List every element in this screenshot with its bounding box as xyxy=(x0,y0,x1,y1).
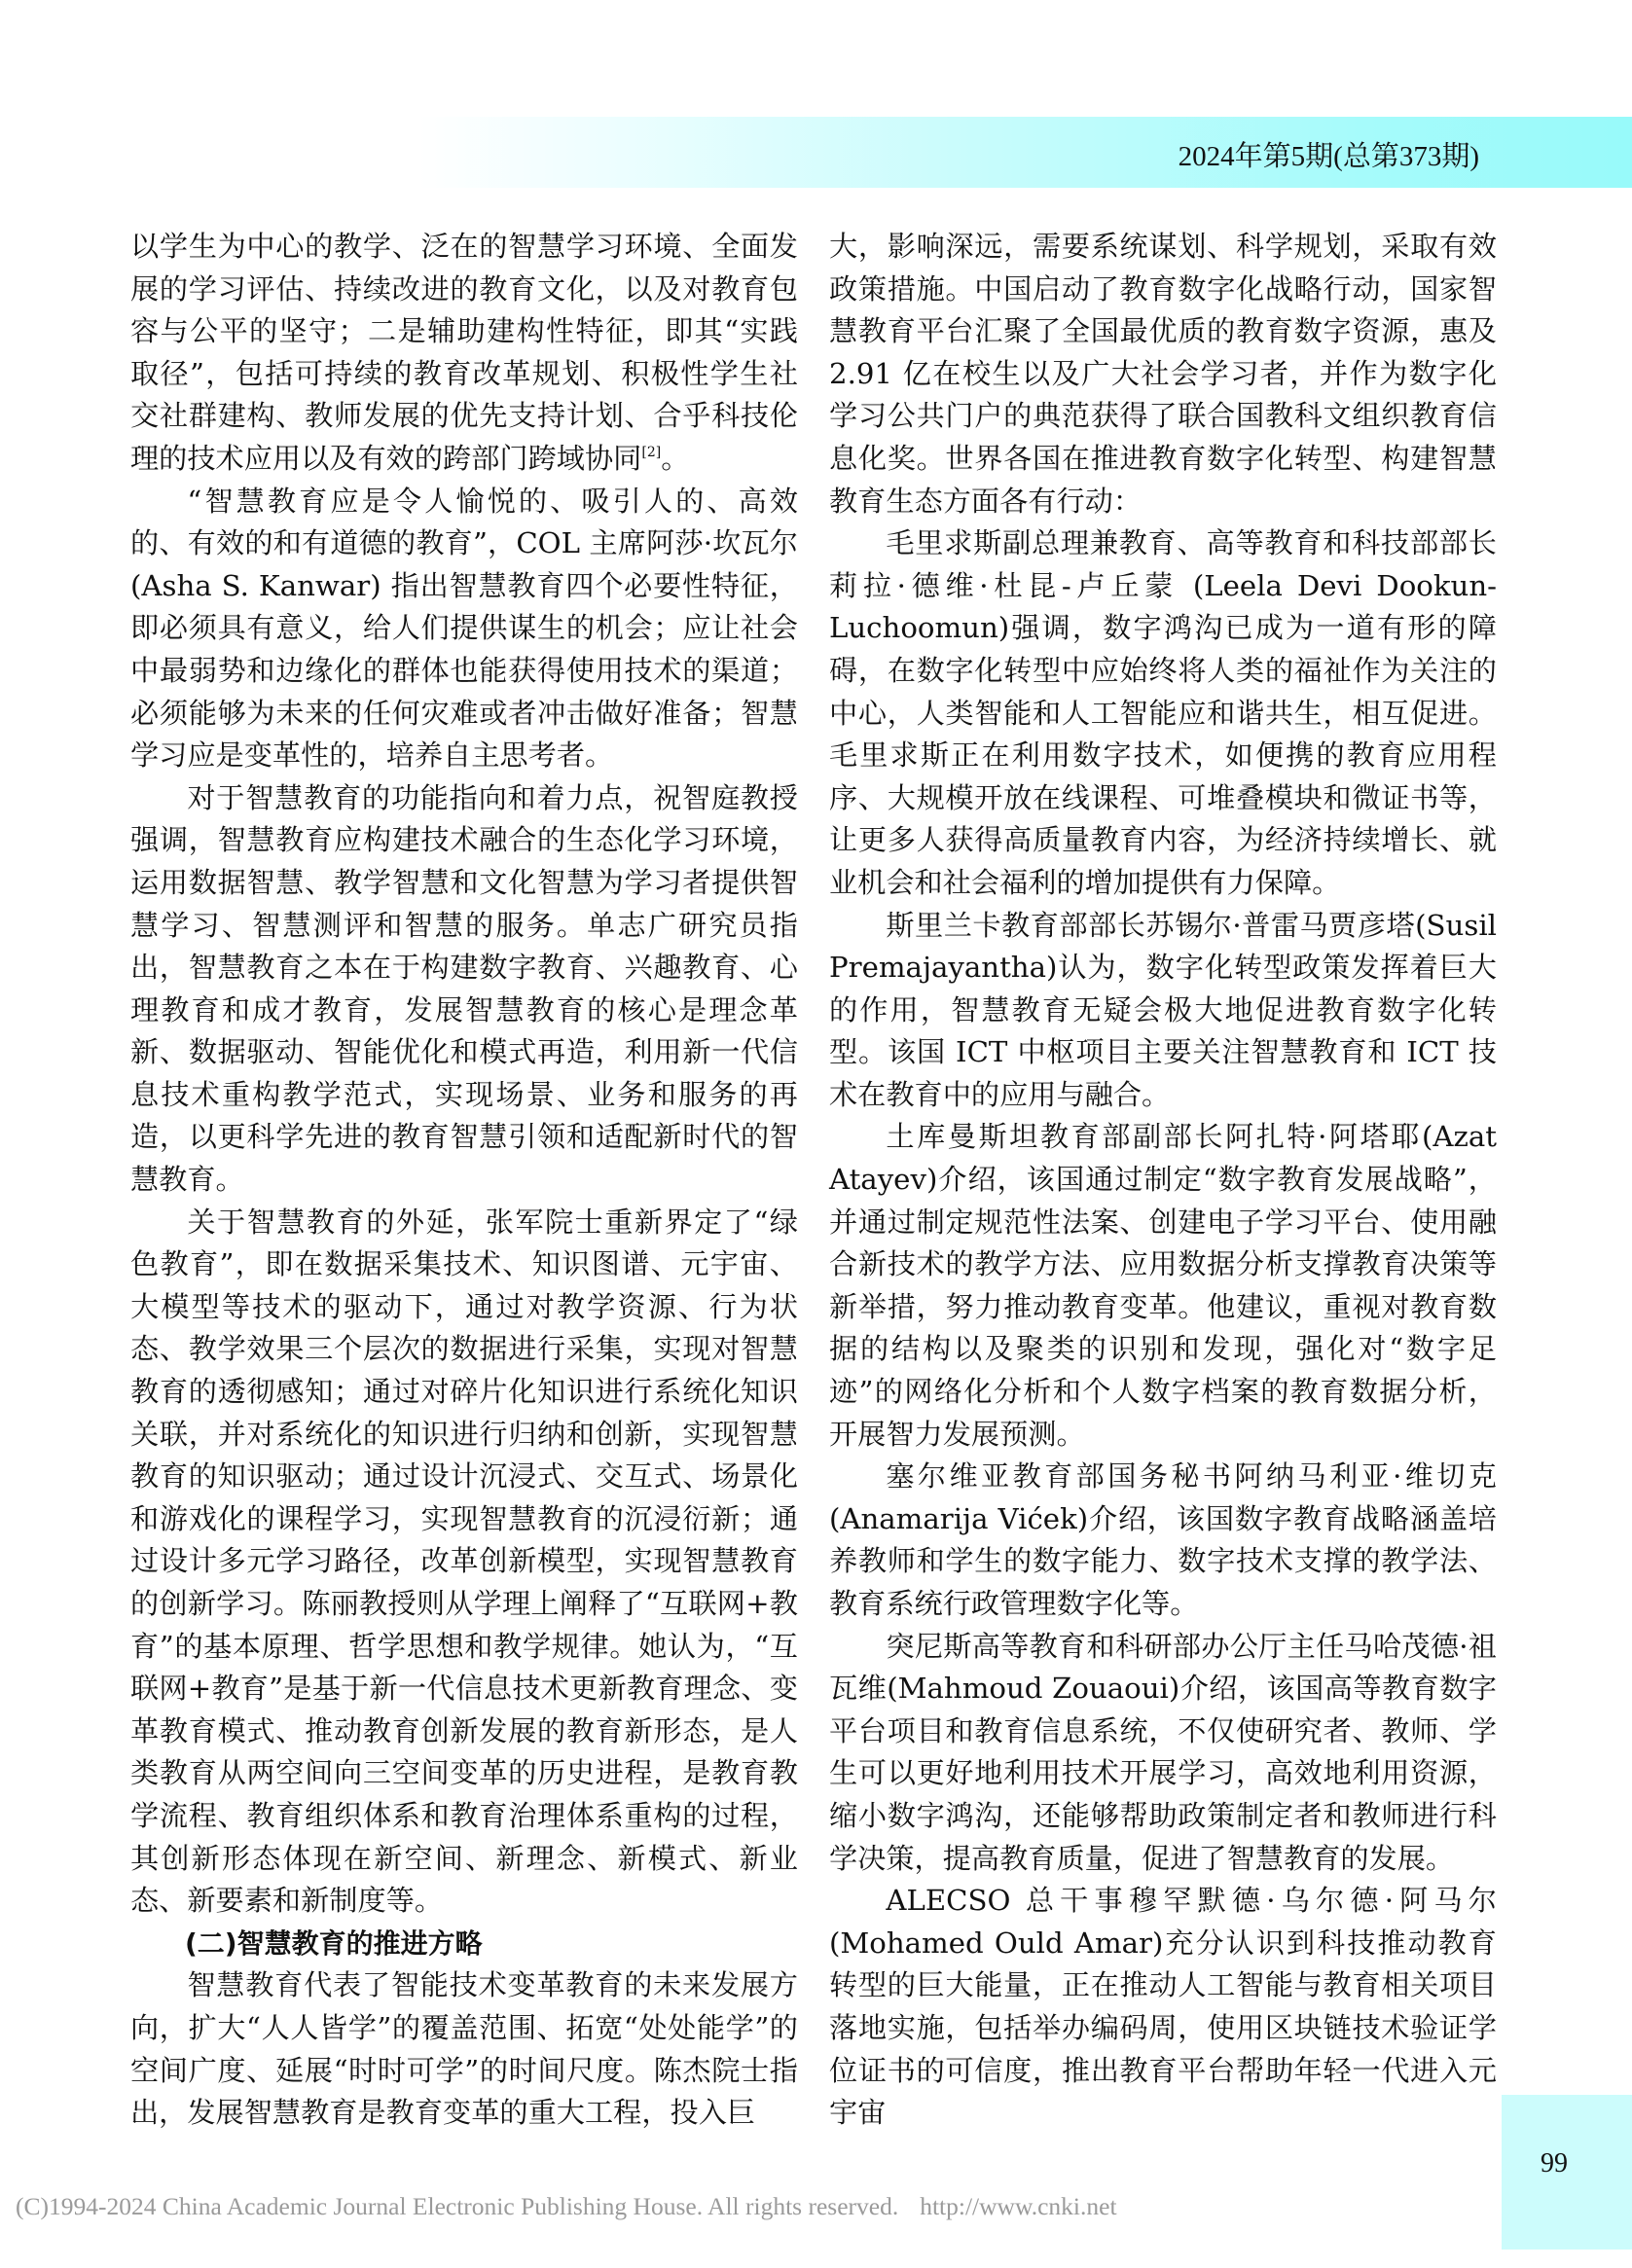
section-heading: (二)智慧教育的推进方略 xyxy=(130,1923,798,1965)
paragraph: “智慧教育应是令人愉悦的、吸引人的、高效的、有效的和有道德的教育”，COL 主席… xyxy=(130,481,798,777)
paragraph: 土库曼斯坦教育部副部长阿扎特·阿塔耶(Azat Atayev)介绍，该国通过制定… xyxy=(829,1116,1497,1456)
paragraph: 塞尔维亚教育部国务秘书阿纳马利亚·维切克(Anamarija Vićek)介绍，… xyxy=(829,1456,1497,1625)
page-number: 99 xyxy=(1541,2148,1568,2179)
paragraph: 毛里求斯副总理兼教育、高等教育和科技部部长莉拉·德维·杜昆-卢丘蒙 (Leela… xyxy=(829,522,1497,904)
paragraph-end: 。 xyxy=(661,442,689,475)
paragraph: 对于智慧教育的功能指向和着力点，祝智庭教授强调，智慧教育应构建技术融合的生态化学… xyxy=(130,777,798,1202)
paragraph: 突尼斯高等教育和科研部办公厅主任马哈茂德·祖瓦维(Mahmoud Zouaoui… xyxy=(829,1626,1497,1881)
paragraph: 以学生为中心的教学、泛在的智慧学习环境、全面发展的学习评估、持续改进的教育文化，… xyxy=(130,226,798,481)
copyright-footer: (C)1994-2024 China Academic Journal Elec… xyxy=(16,2192,1117,2221)
paragraph: 关于智慧教育的外延，张军院士重新界定了“绿色教育”，即在数据采集技术、知识图谱、… xyxy=(130,1202,798,1923)
paragraph: 大，影响深远，需要系统谋划、科学规划，采取有效政策措施。中国启动了教育数字化战略… xyxy=(829,226,1497,522)
cnki-link[interactable]: http://www.cnki.net xyxy=(920,2192,1116,2220)
paragraph-text: 以学生为中心的教学、泛在的智慧学习环境、全面发展的学习评估、持续改进的教育文化，… xyxy=(130,230,798,475)
paragraph: 智慧教育代表了智能技术变革教育的未来发展方向，扩大“人人皆学”的覆盖范围、拓宽“… xyxy=(130,1964,798,2134)
issue-label: 2024年第5期(总第373期) xyxy=(1179,134,1479,174)
left-column: 以学生为中心的教学、泛在的智慧学习环境、全面发展的学习评估、持续改进的教育文化，… xyxy=(130,226,798,2135)
right-column: 大，影响深远，需要系统谋划、科学规划，采取有效政策措施。中国启动了教育数字化战略… xyxy=(829,226,1497,2135)
citation-ref[interactable]: [2] xyxy=(641,445,661,460)
paragraph: ALECSO 总干事穆罕默德·乌尔德·阿马尔(Mohamed Ould Amar… xyxy=(829,1880,1497,2135)
paragraph: 斯里兰卡教育部部长苏锡尔·普雷马贾彦塔(Susil Premajayantha)… xyxy=(829,905,1497,1117)
copyright-text: (C)1994-2024 China Academic Journal Elec… xyxy=(16,2192,898,2220)
